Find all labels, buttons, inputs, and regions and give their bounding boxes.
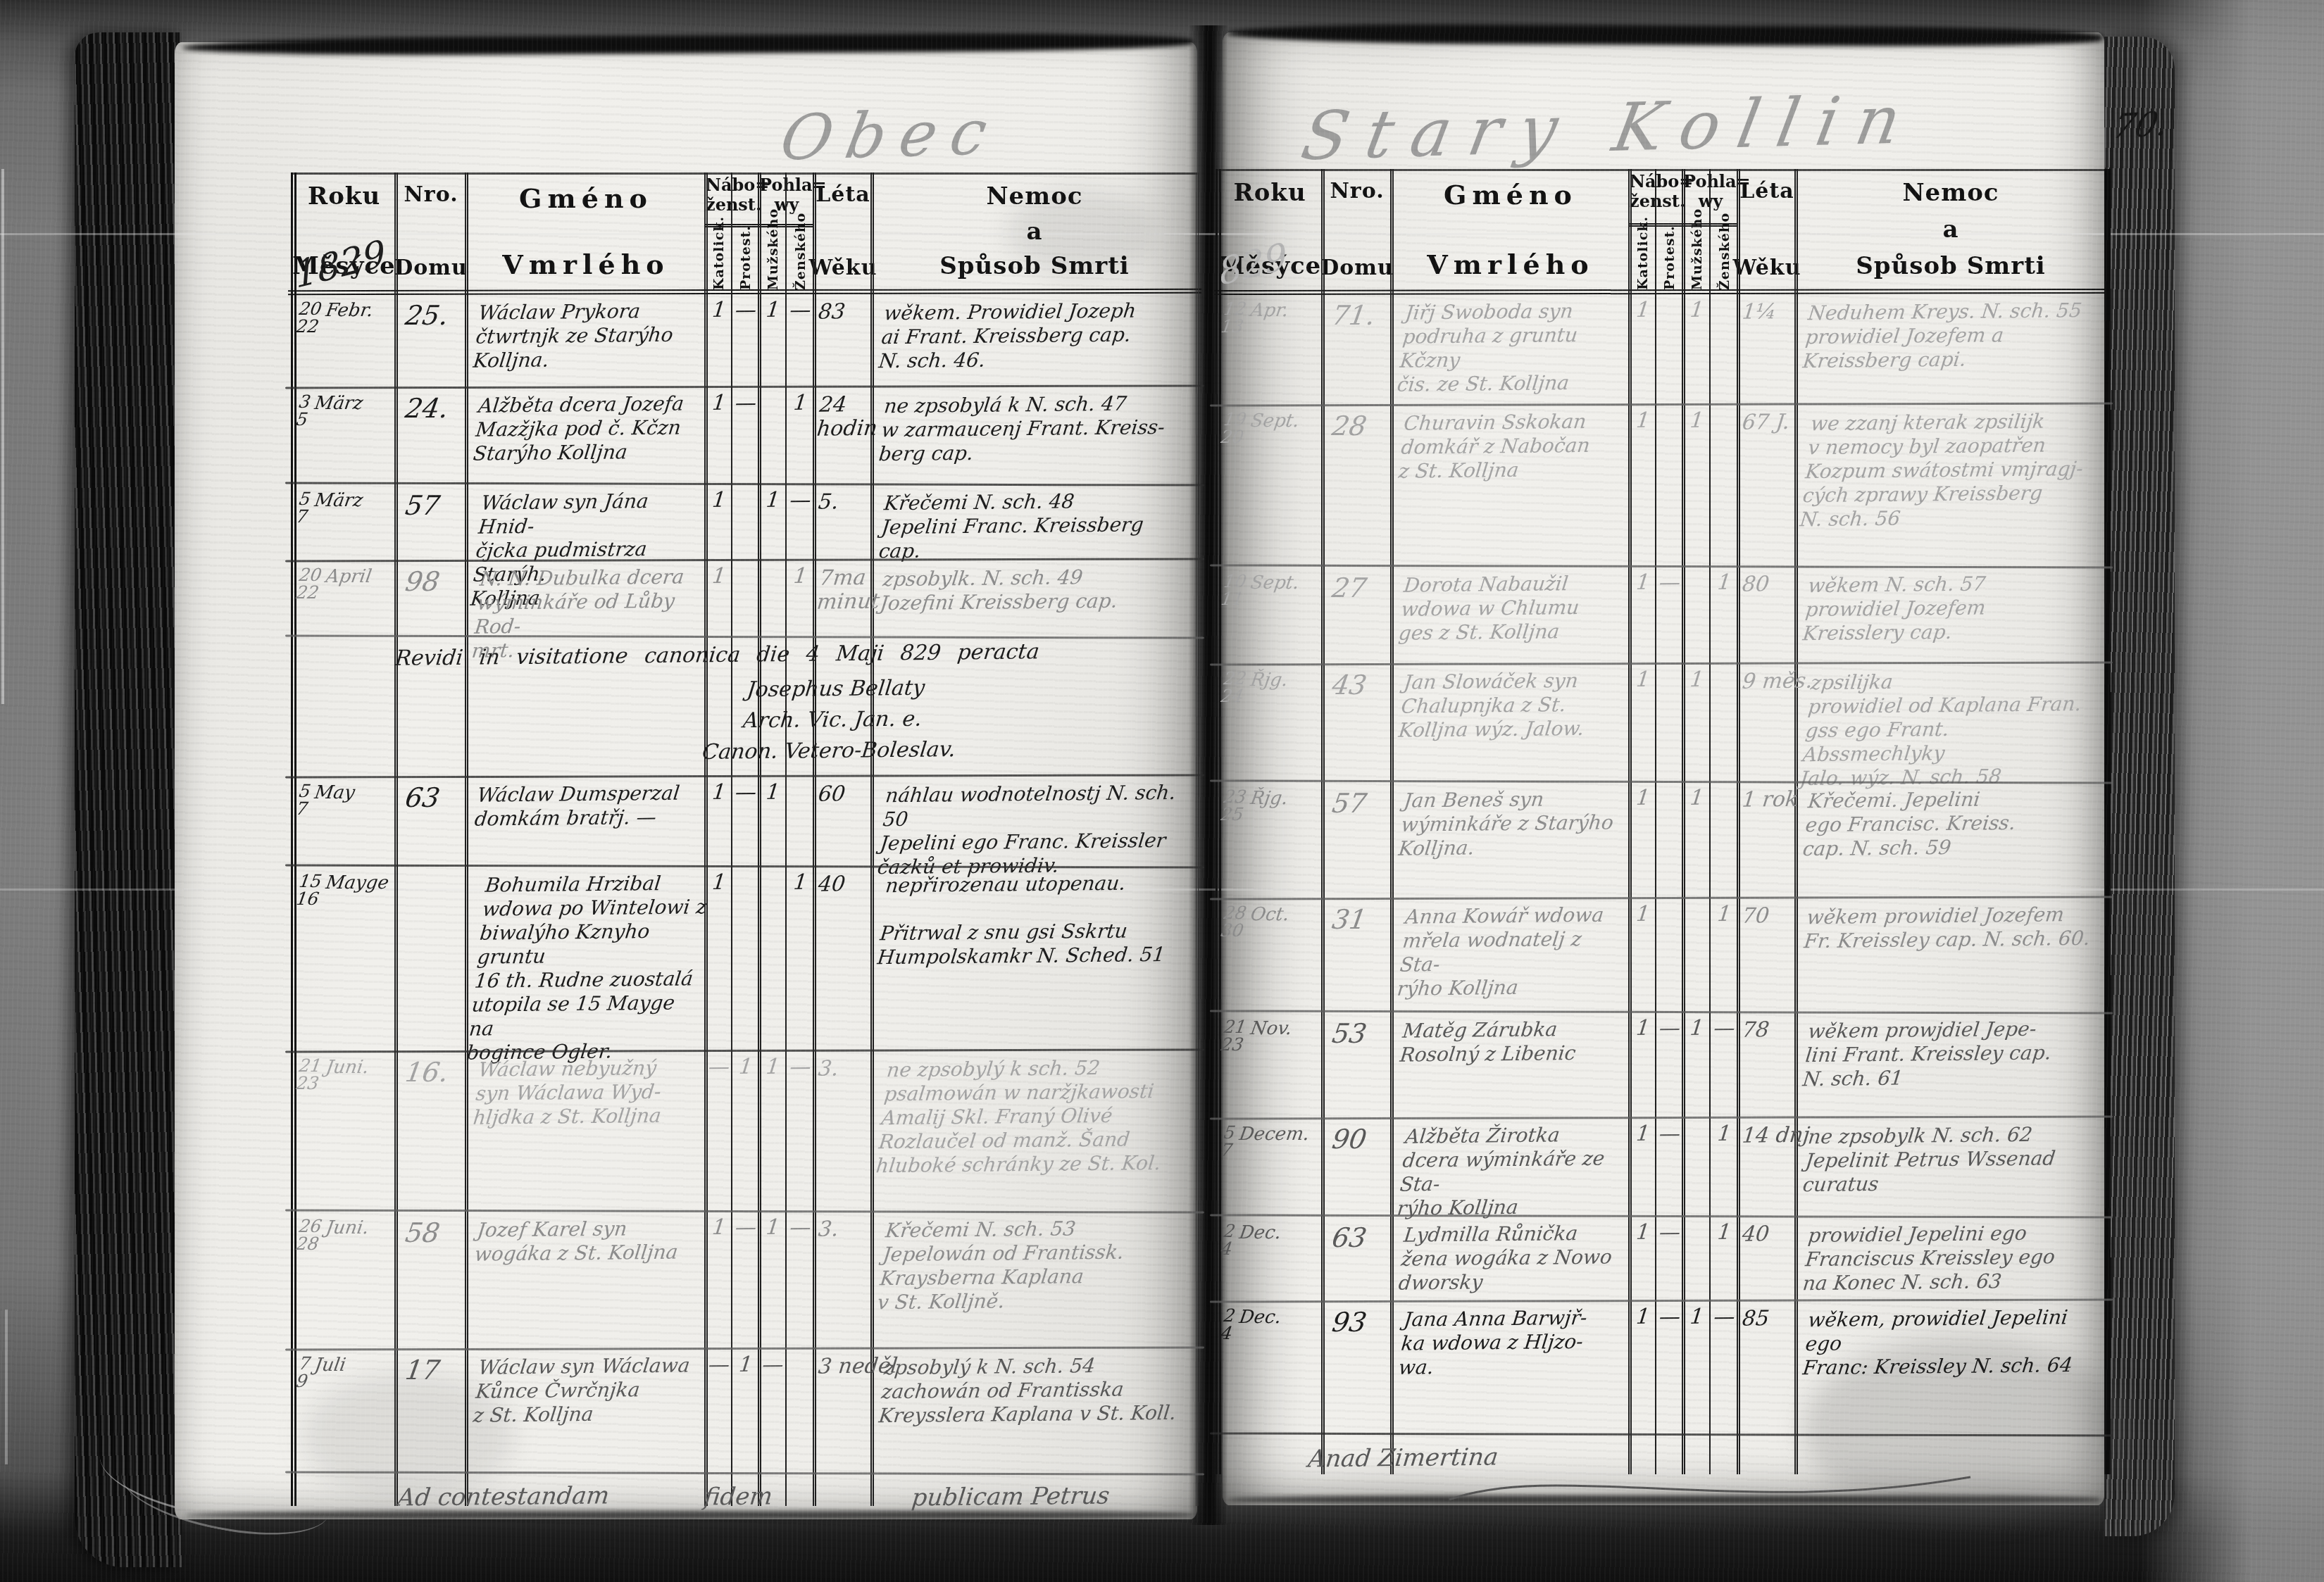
photo-grain [0, 0, 2324, 1582]
book-scan-photo: Obec Stary Kollin 70. RokuMěsýceNro.Domu… [0, 0, 2324, 1582]
